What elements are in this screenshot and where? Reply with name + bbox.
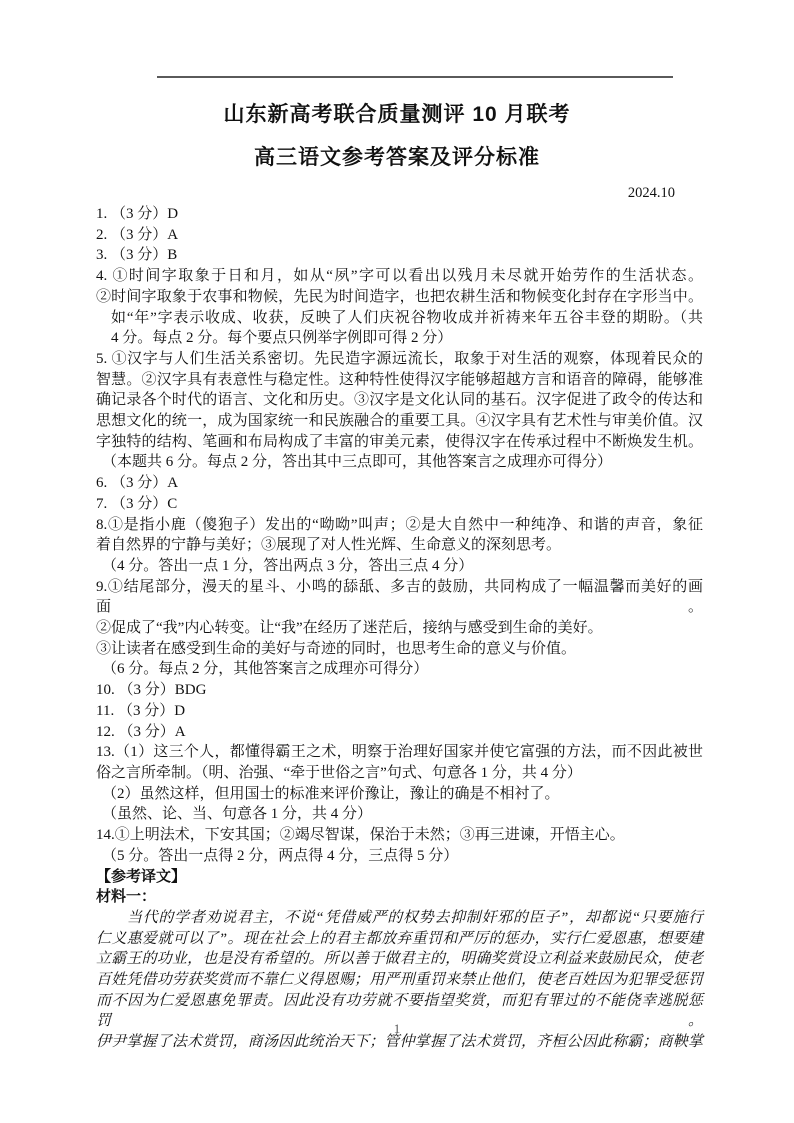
answer-line: 如“年”字表示收成、收获，反映了人们庆祝谷物收成并祈祷来年五谷丰登的期盼。（共 — [96, 308, 703, 329]
answer-line: 14.①上明法术，下安其国；②竭尽智谋，保治于未然；③再三进谏，开悟主心。 — [96, 825, 703, 846]
answer-line: ③让读者在感受到生命的美好与奇迹的同时，也思考生命的意义与价值。 — [96, 639, 703, 660]
answer-line: 智慧。②汉字具有表意性与稳定性。这种特性使得汉字能够超越方言和语音的障碍，能够准 — [96, 370, 703, 391]
header-rule — [157, 76, 673, 78]
answer-line: 7. （3 分）C — [96, 494, 703, 515]
document-date: 2024.10 — [628, 184, 675, 202]
answer-line: 字独特的结构、笔画和布局构成了丰富的审美元素，使得汉字在传承过程中不断焕发生机。 — [96, 432, 703, 453]
answer-line: 4 分。每点 2 分。每个要点只例举字例即可得 2 分） — [96, 328, 703, 349]
translation-line: 百姓凭借功劳获奖赏而不靠仁义得恩赐；用严刑重罚来禁止他们，使老百姓因为犯罪受惩罚 — [96, 970, 703, 991]
answer-line: （虽然、论、当、句意各 1 分，共 4 分） — [96, 804, 703, 825]
answer-line: 6. （3 分）A — [96, 473, 703, 494]
material-1-heading: 材料一： — [96, 887, 703, 908]
answer-line: ②促成了“我”内心转变。让“我”在经历了迷茫后，接纳与感受到生命的美好。 — [96, 618, 703, 639]
answer-line: （2）虽然这样，但用国士的标准来评价豫让，豫让的确是不相衬了。 — [96, 784, 703, 805]
page-title: 山东新高考联合质量测评 10 月联考 — [0, 101, 794, 129]
answer-line: 12. （3 分）A — [96, 722, 703, 743]
answer-line: 着自然界的宁静与美好；③展现了对人性光辉、生命意义的深刻思考。 — [96, 535, 703, 556]
reference-translation-heading: 【参考译文】 — [96, 867, 703, 888]
answer-line: 确记录各个时代的语言、文化和历史。③汉字是文化认同的基石。汉字促进了政令的传达和 — [96, 390, 703, 411]
translation-line: 仁义惠爱就可以了”。现在社会上的君主都放弃重罚和严厉的惩办，实行仁爱恩惠，想要建 — [96, 929, 703, 950]
answer-line: 13.（1）这三个人，都懂得霸王之术，明察于治理好国家并使它富强的方法，而不因此… — [96, 742, 703, 763]
answer-line: 9.①结尾部分，漫天的星斗、小鸣的舔舐、多吉的鼓励，共同构成了一幅温馨而美好的画… — [96, 577, 703, 618]
answer-line: 思想文化的统一，成为国家统一和民族融合的重要工具。④汉字具有艺术性与审美价值。汉 — [96, 411, 703, 432]
answer-line: ②时间字取象于农事和物候，先民为时间造字，也把农耕生活和物候变化封存在字形当中。 — [96, 287, 703, 308]
answer-line: 10. （3 分）BDG — [96, 680, 703, 701]
answer-body: 1. （3 分）D 2. （3 分）A 3. （3 分）B 4. ①时间字取象于… — [96, 204, 703, 1053]
answer-line: （4 分。答出一点 1 分，答出两点 3 分，答出三点 4 分） — [96, 556, 703, 577]
answer-line: （本题共 6 分。每点 2 分，答出其中三点即可，其他答案言之成理亦可得分） — [96, 452, 703, 473]
answer-line: 4. ①时间字取象于日和月，如从“夙”字可以看出以残月未尽就开始劳作的生活状态。 — [96, 266, 703, 287]
answer-line: 2. （3 分）A — [96, 225, 703, 246]
answer-line: 5. ①汉字与人们生活关系密切。先民造字源远流长，取象于对生活的观察，体现着民众… — [96, 349, 703, 370]
translation-line: 当代的学者劝说君主，不说“凭借威严的权势去抑制奸邪的臣子”，却都说“只要施行 — [96, 908, 703, 929]
answer-line: 3. （3 分）B — [96, 245, 703, 266]
answer-line: （5 分。答出一点得 2 分，两点得 4 分，三点得 5 分） — [96, 846, 703, 867]
answer-line: 俗之言所牵制。（明、治强、“牵于世俗之言”句式、句意各 1 分，共 4 分） — [96, 763, 703, 784]
page-subtitle: 高三语文参考答案及评分标准 — [0, 144, 794, 172]
answer-line: 11. （3 分）D — [96, 701, 703, 722]
document-page: 山东新高考联合质量测评 10 月联考 高三语文参考答案及评分标准 2024.10… — [0, 0, 794, 1123]
translation-line: 立霸王的功业，也是没有希望的。所以善于做君主的，明确奖赏设立利益来鼓励民众，使老 — [96, 949, 703, 970]
answer-line: （6 分。每点 2 分，其他答案言之成理亦可得分） — [96, 659, 703, 680]
page-number: 1 — [0, 1021, 794, 1037]
answer-line: 1. （3 分）D — [96, 204, 703, 225]
answer-line: 8.①是指小鹿（傻狍子）发出的“呦呦”叫声；②是大自然中一种纯净、和谐的声音，象… — [96, 515, 703, 536]
